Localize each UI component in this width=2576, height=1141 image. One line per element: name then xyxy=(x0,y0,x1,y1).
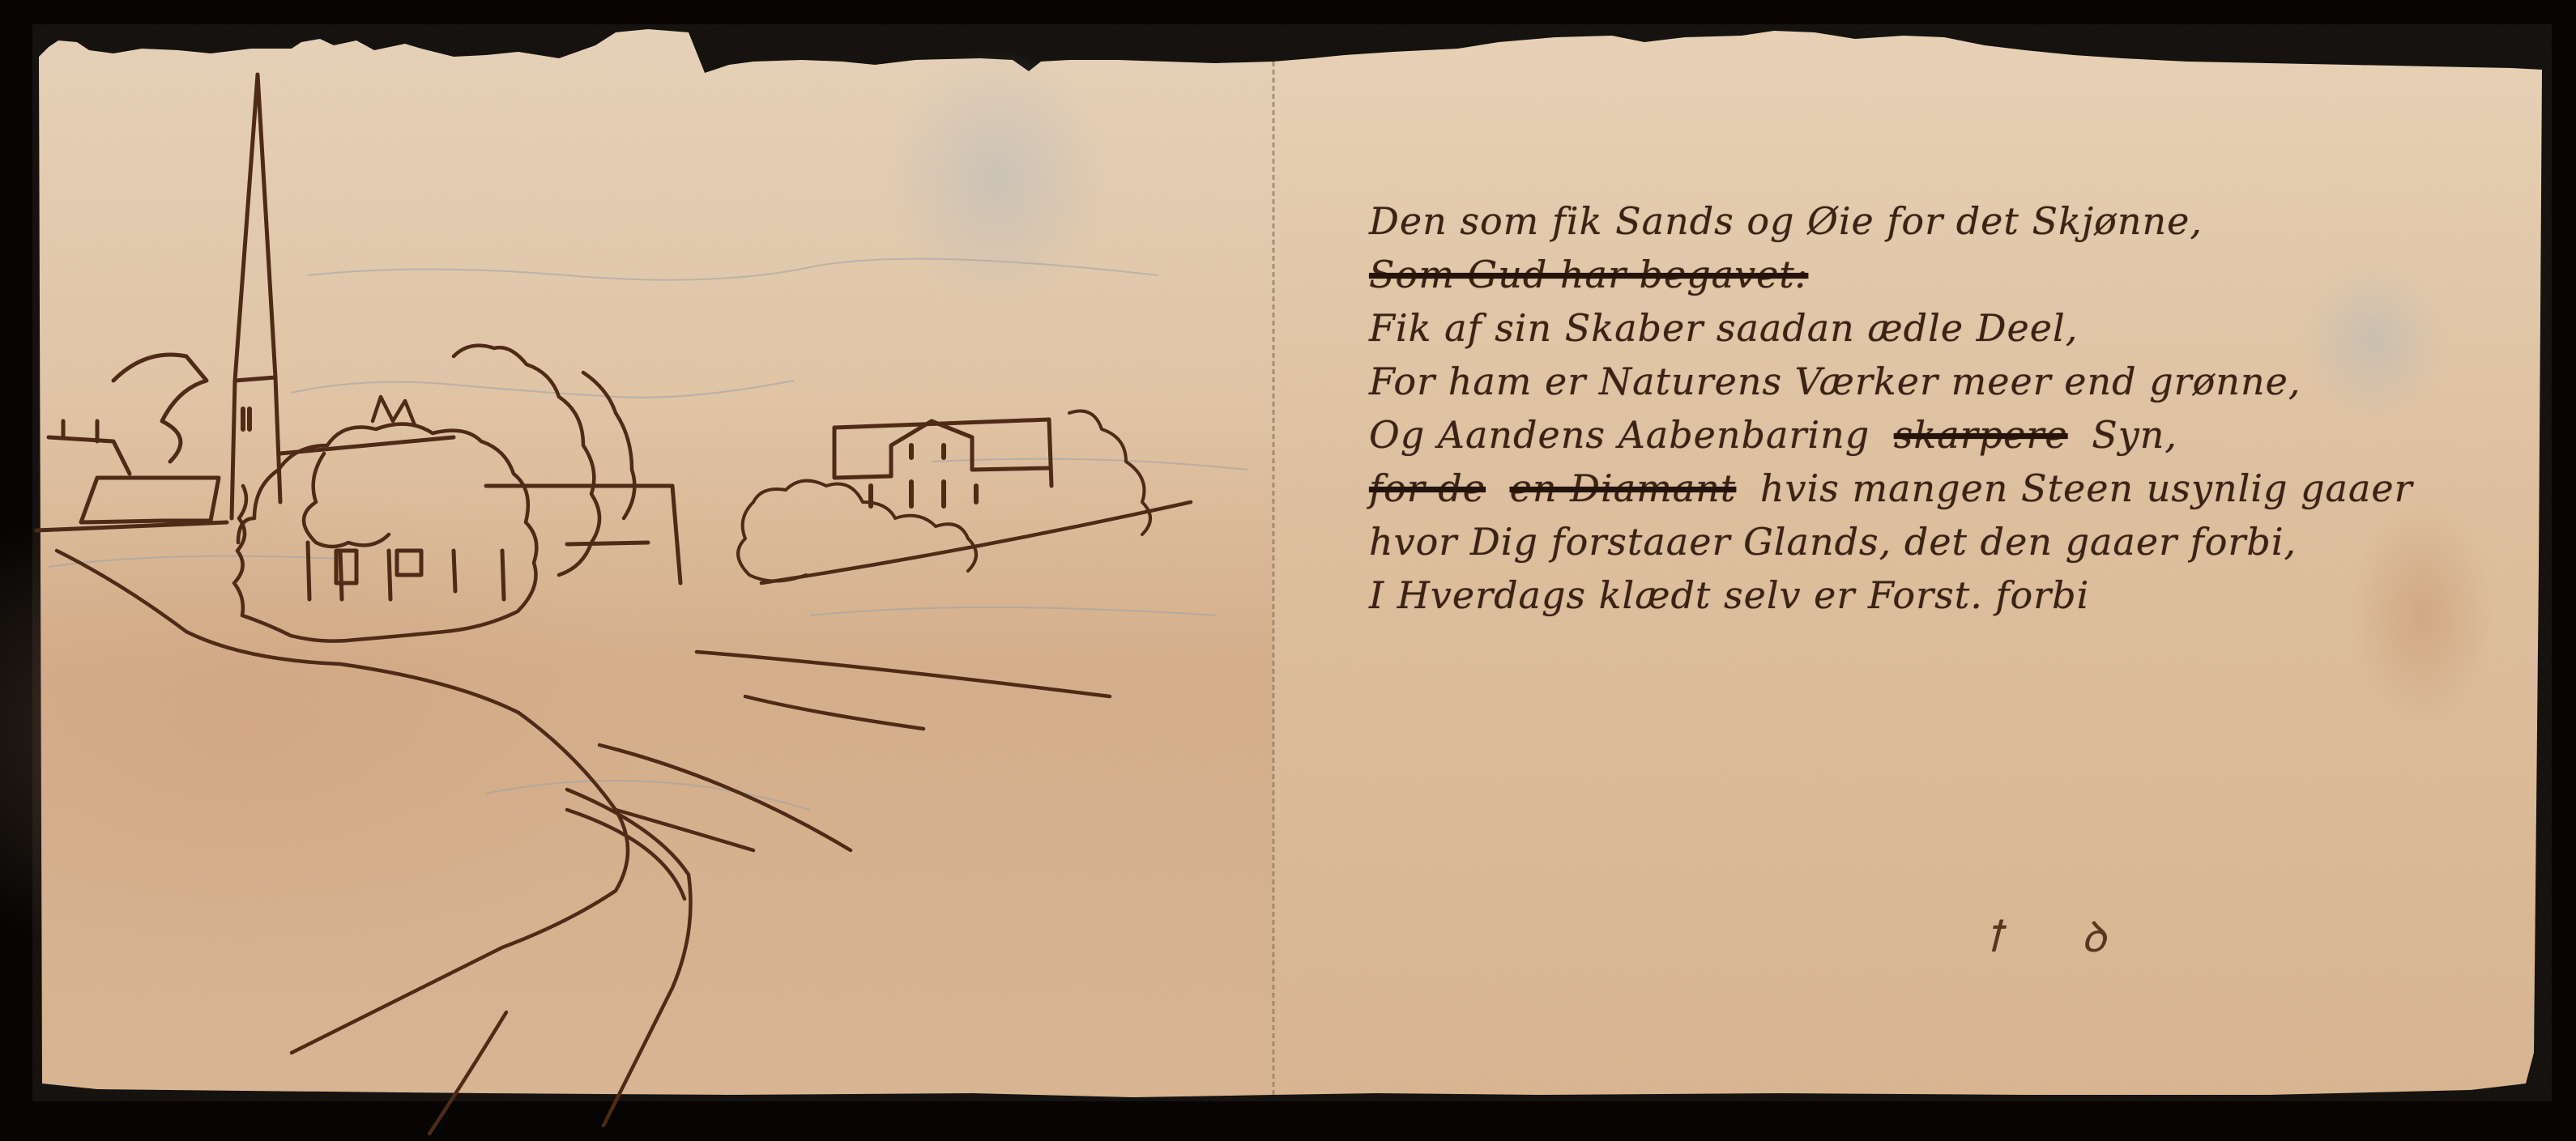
struck-text: skarpere xyxy=(1894,413,2068,457)
struck-text: Som Gud har begavet: xyxy=(1369,253,1808,296)
handwritten-poem: Den som fik Sands og Øie for det Skjønne… xyxy=(1369,194,2519,622)
poem-text: Syn, xyxy=(2092,413,2177,457)
blue-tint xyxy=(883,49,1110,308)
poem-line-8: I Hverdags klædt selv er Forst. forbi xyxy=(1369,568,2519,622)
poem-line-2-struck: Som Gud har begavet: xyxy=(1369,248,2519,301)
poem-line-7: hvor Dig forstaaer Glands, det den gaaer… xyxy=(1369,515,2519,568)
poem-line-4: For ham er Naturens Værker meer end grøn… xyxy=(1369,355,2519,408)
poem-text: Og Aandens Aabenbaring xyxy=(1369,413,1870,457)
poem-line-6: for de en Diamant hvis mangen Steen usyn… xyxy=(1369,462,2519,515)
poem-text: hvis mangen Steen usynlig gaaer xyxy=(1760,466,2413,510)
poem-text: Fik af sin Skaber saadan ædle Deel, xyxy=(1369,306,2078,350)
struck-text: for de xyxy=(1369,466,1486,510)
ink-marks: ꝉ ꝺ xyxy=(1985,907,2139,964)
poem-text: I Hverdags klædt selv er Forst. forbi xyxy=(1369,573,2089,617)
poem-line-1: Den som fik Sands og Øie for det Skjønne… xyxy=(1369,194,2519,248)
scan-background: Den som fik Sands og Øie for det Skjønne… xyxy=(0,0,2576,1141)
poem-text: Den som fik Sands og Øie for det Skjønne… xyxy=(1369,199,2203,243)
poem-line-5: Og Aandens Aabenbaring skarpere Syn, xyxy=(1369,408,2519,462)
struck-text: en Diamant xyxy=(1510,466,1737,510)
poem-line-3: Fik af sin Skaber saadan ædle Deel, xyxy=(1369,301,2519,355)
poem-text: For ham er Naturens Værker meer end grøn… xyxy=(1369,360,2301,403)
poem-text: hvor Dig forstaaer Glands, det den gaaer… xyxy=(1369,520,2297,564)
